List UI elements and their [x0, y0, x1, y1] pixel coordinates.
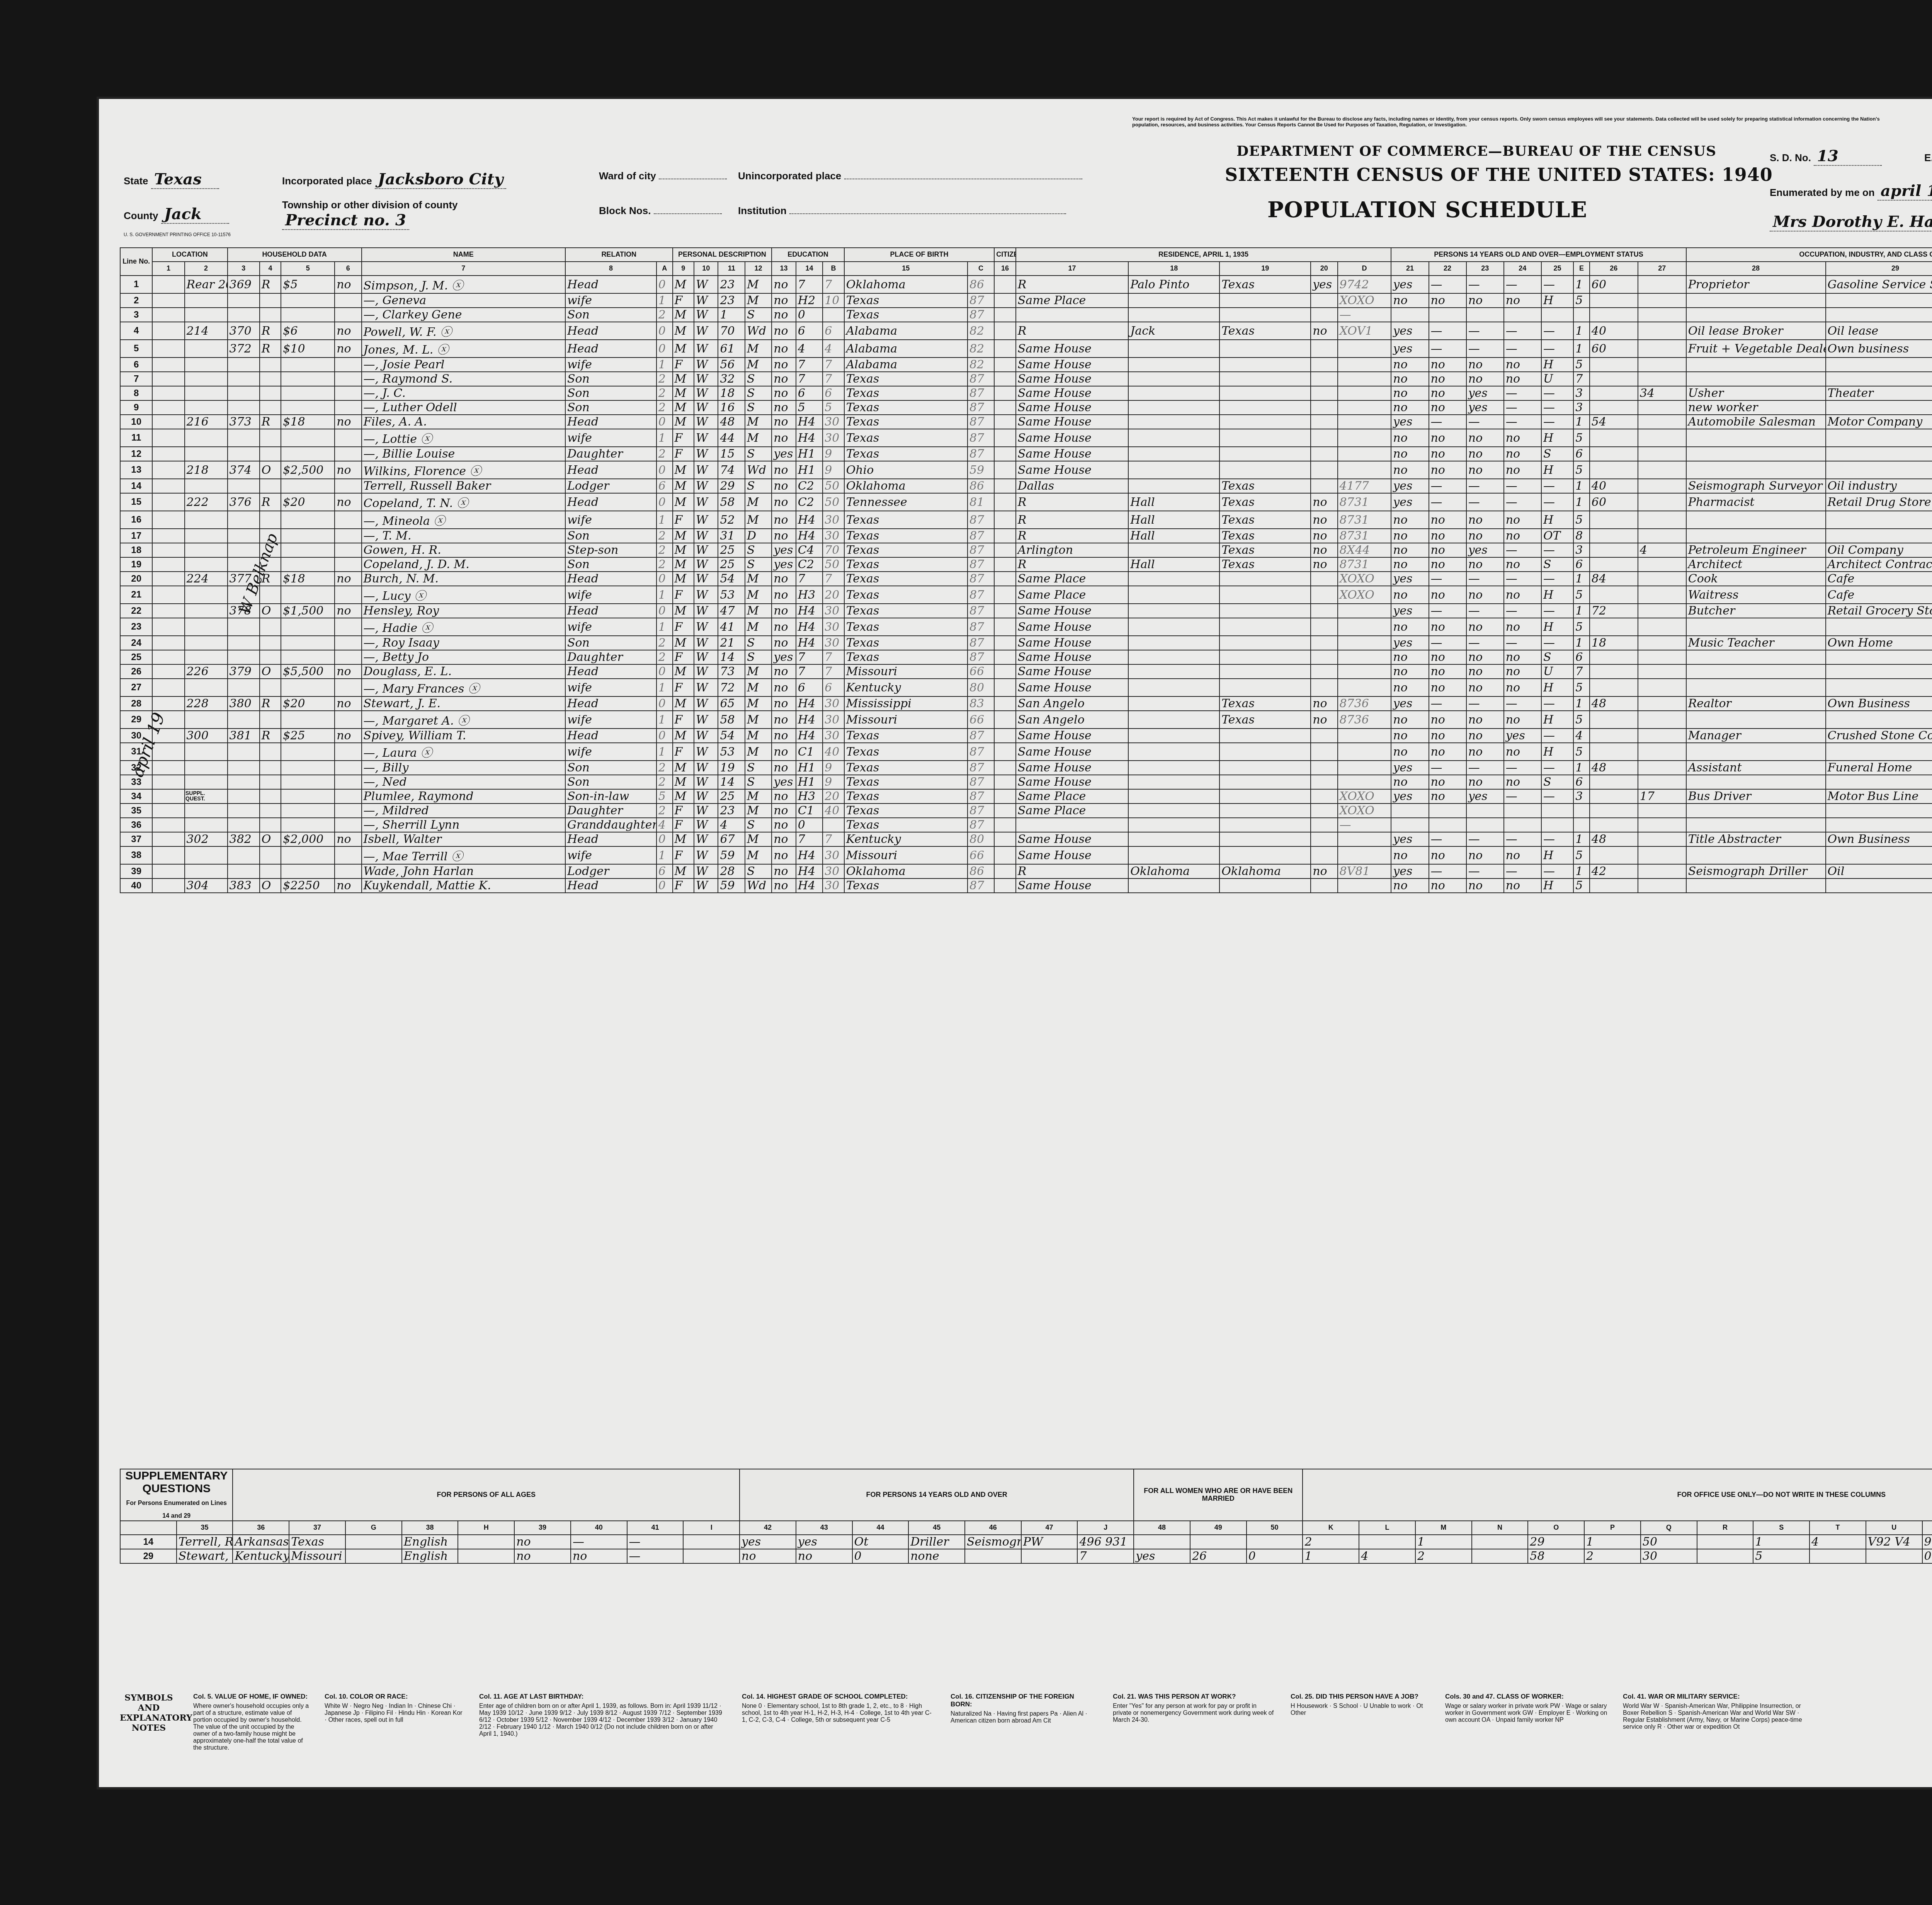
cell-own: [260, 386, 281, 400]
cell-own: R: [260, 276, 281, 293]
cell-age: 74: [718, 461, 745, 479]
cell-farm: [335, 529, 361, 543]
cell-a: 1: [656, 846, 673, 864]
cell-d: [1338, 447, 1391, 461]
note-col16: Col. 16. CITIZENSHIP OF THE FOREIGN BORN…: [951, 1693, 1097, 1782]
column-header: 4: [260, 262, 281, 276]
cell-birth: Texas: [844, 400, 968, 415]
supp-group-office-use: FOR OFFICE USE ONLY—DO NOT WRITE IN THES…: [1303, 1469, 1932, 1521]
cell-name: —, Laura ⓧ: [362, 743, 565, 761]
cell-grade: H4: [796, 636, 823, 650]
cell-city35: Same House: [1016, 636, 1128, 650]
cell-age: 14: [718, 650, 745, 664]
cell-farm: [335, 804, 361, 818]
cell-street: [152, 557, 184, 572]
cell-value: $1,500: [281, 604, 335, 618]
cell-hh: [228, 650, 260, 664]
cell-occ: [1686, 664, 1826, 679]
cell-state35: Oklahoma: [1219, 864, 1311, 878]
cell-own: O: [260, 878, 281, 893]
cell-unemp: [1638, 832, 1686, 846]
cell-cit: [994, 372, 1016, 386]
cell-ind: Own Home: [1826, 636, 1932, 650]
cell-e: 3: [1573, 789, 1590, 804]
supp-col-number: R: [1697, 1521, 1753, 1535]
supp-cell-name: Terrell, Russell Baker: [177, 1535, 233, 1549]
cell-city35: Same House: [1016, 415, 1128, 429]
cell-hrs: [1590, 358, 1638, 372]
table-row: 35—, MildredDaughter2FW23MnoC140Texas87S…: [120, 804, 1932, 818]
cell-name: Spivey, William T.: [362, 729, 565, 743]
cell-house: [185, 761, 228, 775]
cell-city35: Same House: [1016, 743, 1128, 761]
cell-farm: [335, 864, 361, 878]
cell-hrs: [1590, 400, 1638, 415]
sd-label: S. D. No.: [1770, 152, 1811, 163]
cell-farm: no: [335, 276, 361, 293]
cell-occ: Petroleum Engineer: [1686, 543, 1826, 557]
cell-sch: no: [772, 864, 796, 878]
cell-e: 7: [1573, 664, 1590, 679]
line-number: 40: [120, 878, 152, 893]
cell-birth: Texas: [844, 804, 968, 818]
cell-sex: M: [673, 493, 694, 511]
supp-cell-uind: Seismograph Oil work: [965, 1535, 1021, 1549]
cell-occ: Seismograph Driller: [1686, 864, 1826, 878]
cell-hh: [228, 543, 260, 557]
table-row: 9—, Luther OdellSon2MW16Sno55Texas87Same…: [120, 400, 1932, 415]
supp-cell-kids: 0: [1247, 1549, 1303, 1563]
cell-value: $20: [281, 493, 335, 511]
supp-col-number: S: [1753, 1521, 1810, 1535]
cell-c25: —: [1541, 832, 1573, 846]
cell-c: 87: [968, 729, 994, 743]
cell-occ: [1686, 818, 1826, 832]
cell-c: 87: [968, 400, 994, 415]
supp-cell-t: [1810, 1549, 1866, 1563]
supp-col-number: 38: [402, 1521, 458, 1535]
cell-a: 6: [656, 864, 673, 878]
cell-c24: no: [1504, 511, 1541, 529]
supp-cell-ucls: [1021, 1549, 1078, 1563]
cell-state35: [1219, 743, 1311, 761]
cell-rel: Head: [565, 696, 656, 711]
cell-state35: [1219, 400, 1311, 415]
cell-race: W: [694, 664, 718, 679]
cell-c23: —: [1466, 415, 1504, 429]
cell-cit: [994, 846, 1016, 864]
cell-own: [260, 372, 281, 386]
cell-name: —, Mae Terrill ⓧ: [362, 846, 565, 864]
cell-birth: Texas: [844, 604, 968, 618]
cell-birth: Oklahoma: [844, 864, 968, 878]
cell-c25: —: [1541, 636, 1573, 650]
cell-race: W: [694, 679, 718, 696]
cell-house: Rear 204: [185, 276, 228, 293]
cell-c22: —: [1429, 572, 1466, 586]
cell-grade: C1: [796, 743, 823, 761]
cell-street: [152, 429, 184, 447]
cell-c22: no: [1429, 878, 1466, 893]
cell-a: 1: [656, 618, 673, 636]
cell-occ: Music Teacher: [1686, 636, 1826, 650]
cell-state35: [1219, 832, 1311, 846]
cell-occ: [1686, 846, 1826, 864]
cell-sch: no: [772, 340, 796, 358]
cell-value: [281, 358, 335, 372]
cell-mar: M: [745, 832, 772, 846]
cell-occ: Usher: [1686, 386, 1826, 400]
cell-sch: yes: [772, 650, 796, 664]
cell-hh: [228, 818, 260, 832]
cell-e: [1573, 818, 1590, 832]
line-number: 27: [120, 679, 152, 696]
cell-c22: no: [1429, 529, 1466, 543]
cell-c25: S: [1541, 650, 1573, 664]
cell-c24: —: [1504, 604, 1541, 618]
cell-age: 72: [718, 679, 745, 696]
cell-unemp: 4: [1638, 543, 1686, 557]
cell-c22: —: [1429, 479, 1466, 493]
cell-age: 32: [718, 372, 745, 386]
cell-a: 0: [656, 572, 673, 586]
cell-own: [260, 429, 281, 447]
state-label: State: [124, 175, 148, 187]
cell-c23: —: [1466, 604, 1504, 618]
cell-state35: [1219, 604, 1311, 618]
cell-sex: F: [673, 429, 694, 447]
cell-b: 30: [823, 511, 844, 529]
cell-a: 0: [656, 604, 673, 618]
supp-cell-kids: [1247, 1535, 1303, 1549]
cell-rel: Son: [565, 529, 656, 543]
supp-table-row: 14Terrell, Russell BakerArkansasTexasEng…: [120, 1535, 1932, 1549]
cell-c21: yes: [1391, 493, 1429, 511]
cell-hrs: 40: [1590, 479, 1638, 493]
cell-c23: [1466, 804, 1504, 818]
header-right: Your report is required by Act of Congre…: [1236, 116, 1932, 243]
table-row: 31—, Laura ⓧwife1FW53MnoC140Texas87Same …: [120, 743, 1932, 761]
cell-house: [185, 372, 228, 386]
cell-street: [152, 618, 184, 636]
cell-farm: no: [335, 664, 361, 679]
supp-cell-q: 50: [1641, 1535, 1697, 1549]
cell-cit: [994, 293, 1016, 308]
cell-value: [281, 529, 335, 543]
cell-c24: no: [1504, 618, 1541, 636]
cell-hh: 374: [228, 461, 260, 479]
cell-street: [152, 775, 184, 789]
cell-city35: Same House: [1016, 846, 1128, 864]
table-row: 21—, Lucy ⓧwife1FW53MnoH320Texas87Same P…: [120, 586, 1932, 604]
cell-b: 30: [823, 429, 844, 447]
cell-occ: [1686, 743, 1826, 761]
cell-hrs: 40: [1590, 322, 1638, 340]
cell-occ: Realtor: [1686, 696, 1826, 711]
cell-sch: no: [772, 358, 796, 372]
cell-age: 54: [718, 572, 745, 586]
cell-d: [1338, 664, 1391, 679]
cell-c24: no: [1504, 461, 1541, 479]
cell-c23: —: [1466, 322, 1504, 340]
cell-house: [185, 618, 228, 636]
cell-own: O: [260, 604, 281, 618]
cell-c21: yes: [1391, 340, 1429, 358]
notes-title: SYMBOLS AND EXPLANATORY NOTES: [120, 1693, 178, 1782]
cell-house: 302: [185, 832, 228, 846]
cell-birth: Texas: [844, 743, 968, 761]
cell-occ: Cook: [1686, 572, 1826, 586]
cell-age: 59: [718, 878, 745, 893]
cell-county35: Jack: [1128, 322, 1219, 340]
cell-occ: [1686, 461, 1826, 479]
cell-ind: [1826, 511, 1932, 529]
cell-hrs: [1590, 293, 1638, 308]
cell-c: 86: [968, 479, 994, 493]
table-row: 18Gowen, H. R.Step-son2MW25SyesC470Texas…: [120, 543, 1932, 557]
cell-own: [260, 543, 281, 557]
cell-c21: yes: [1391, 479, 1429, 493]
cell-age: 70: [718, 322, 745, 340]
cell-name: Terrell, Russell Baker: [362, 479, 565, 493]
cell-house: [185, 543, 228, 557]
cell-c23: no: [1466, 679, 1504, 696]
cell-a: 2: [656, 386, 673, 400]
cell-hrs: 60: [1590, 340, 1638, 358]
cell-farm35: no: [1311, 543, 1337, 557]
note-col10: Col. 10. COLOR OR RACE:White W · Negro N…: [325, 1693, 464, 1782]
cell-city35: Same House: [1016, 340, 1128, 358]
cell-house: 300: [185, 729, 228, 743]
cell-house: [185, 529, 228, 543]
supp-cell-j: 496 931: [1077, 1535, 1134, 1549]
cell-cit: [994, 818, 1016, 832]
cell-c22: —: [1429, 322, 1466, 340]
cell-d: [1338, 604, 1391, 618]
cell-own: R: [260, 493, 281, 511]
supp-cell-uocc: Driller: [908, 1535, 965, 1549]
cell-c25: U: [1541, 372, 1573, 386]
cell-unemp: [1638, 696, 1686, 711]
cell-hrs: [1590, 775, 1638, 789]
cell-own: [260, 846, 281, 864]
cell-c: 87: [968, 529, 994, 543]
cell-a: 1: [656, 358, 673, 372]
supp-cell-v: 9: [1922, 1535, 1932, 1549]
cell-e: 5: [1573, 429, 1590, 447]
line-number: 28: [120, 696, 152, 711]
cell-c22: no: [1429, 586, 1466, 604]
cell-b: 30: [823, 864, 844, 878]
cell-state35: Texas: [1219, 711, 1311, 729]
cell-unemp: [1638, 878, 1686, 893]
cell-ind: Own Business: [1826, 832, 1932, 846]
cell-c25: H: [1541, 429, 1573, 447]
cell-c25: H: [1541, 878, 1573, 893]
column-header: 21: [1391, 262, 1429, 276]
cell-state35: [1219, 586, 1311, 604]
column-header: 5: [281, 262, 335, 276]
cell-occ: Seismograph Surveyor: [1686, 479, 1826, 493]
cell-farm: no: [335, 415, 361, 429]
cell-city35: Same House: [1016, 679, 1128, 696]
cell-b: [823, 308, 844, 322]
cell-state35: Texas: [1219, 557, 1311, 572]
cell-sch: no: [772, 511, 796, 529]
supp-cell-u: [1866, 1549, 1922, 1563]
cell-e: 5: [1573, 461, 1590, 479]
cell-grade: 5: [796, 400, 823, 415]
cell-farm: no: [335, 729, 361, 743]
cell-mar: M: [745, 679, 772, 696]
cell-name: Simpson, J. M. ⓧ: [362, 276, 565, 293]
cell-c24: —: [1504, 493, 1541, 511]
cell-hrs: [1590, 679, 1638, 696]
cell-cit: [994, 729, 1016, 743]
cell-sch: no: [772, 386, 796, 400]
table-row: 22378O$1,500noHensley, RoyHead0MW47MnoH4…: [120, 604, 1932, 618]
cell-name: Hensley, Roy: [362, 604, 565, 618]
cell-rel: wife: [565, 586, 656, 604]
incorporated-place-value: Jacksboro City: [375, 170, 507, 189]
cell-c22: [1429, 804, 1466, 818]
supp-cell-l: 4: [1359, 1549, 1415, 1563]
table-row: 17—, T. M.Son2MW31DnoH430Texas87RHallTex…: [120, 529, 1932, 543]
supp-cell-agem: 26: [1190, 1549, 1247, 1563]
cell-birth: Texas: [844, 447, 968, 461]
cell-state35: [1219, 650, 1311, 664]
column-header: 26: [1590, 262, 1638, 276]
cell-farm35: [1311, 340, 1337, 358]
cell-c21: no: [1391, 711, 1429, 729]
cell-name: Files, A. A.: [362, 415, 565, 429]
cell-city35: Same House: [1016, 461, 1128, 479]
cell-farm35: [1311, 664, 1337, 679]
cell-c21: no: [1391, 447, 1429, 461]
supp-col-number: 36: [233, 1521, 289, 1535]
cell-e: [1573, 308, 1590, 322]
cell-e: 5: [1573, 358, 1590, 372]
cell-c25: H: [1541, 618, 1573, 636]
line-number: 20: [120, 572, 152, 586]
cell-farm: [335, 447, 361, 461]
cell-value: [281, 447, 335, 461]
cell-c21: no: [1391, 846, 1429, 864]
cell-mar: M: [745, 664, 772, 679]
cell-race: W: [694, 400, 718, 415]
cell-c22: no: [1429, 372, 1466, 386]
line-number: 39: [120, 864, 152, 878]
cell-e: 1: [1573, 276, 1590, 293]
cell-cit: [994, 789, 1016, 804]
cell-farm35: [1311, 618, 1337, 636]
cell-hh: [228, 358, 260, 372]
cell-sex: M: [673, 789, 694, 804]
cell-c22: —: [1429, 415, 1466, 429]
cell-mar: M: [745, 572, 772, 586]
supp-cell-mm: 2: [1415, 1549, 1472, 1563]
line-number: 15: [120, 493, 152, 511]
cell-hrs: [1590, 878, 1638, 893]
cell-c25: H: [1541, 511, 1573, 529]
cell-cit: [994, 679, 1016, 696]
table-row: 6—, Josie Pearlwife1FW56Mno77Alabama82Sa…: [120, 358, 1932, 372]
supp-col-number: J: [1077, 1521, 1134, 1535]
cell-house: 224: [185, 572, 228, 586]
cell-hrs: [1590, 711, 1638, 729]
cell-ind: Retail Drug Store: [1826, 493, 1932, 511]
cell-name: Stewart, J. E.: [362, 696, 565, 711]
cell-mar: Wd: [745, 322, 772, 340]
cell-e: 1: [1573, 604, 1590, 618]
cell-c25: H: [1541, 461, 1573, 479]
cell-c24: no: [1504, 775, 1541, 789]
cell-state35: [1219, 415, 1311, 429]
enumerated-date: april 18: [1878, 182, 1932, 201]
cell-house: [185, 386, 228, 400]
cell-rel: Head: [565, 572, 656, 586]
cell-c22: no: [1429, 358, 1466, 372]
cell-c25: —: [1541, 415, 1573, 429]
cell-c: 87: [968, 511, 994, 529]
cell-name: Powell, W. F. ⓧ: [362, 322, 565, 340]
cell-c24: yes: [1504, 729, 1541, 743]
cell-grade: H2: [796, 293, 823, 308]
cell-mar: Wd: [745, 461, 772, 479]
cell-age: 31: [718, 529, 745, 543]
cell-ind: Oil industry: [1826, 479, 1932, 493]
cell-cit: [994, 276, 1016, 293]
cell-c23: no: [1466, 372, 1504, 386]
cell-unemp: [1638, 650, 1686, 664]
cell-race: W: [694, 878, 718, 893]
cell-a: 0: [656, 832, 673, 846]
cell-county35: [1128, 293, 1219, 308]
cell-grade: C2: [796, 493, 823, 511]
cell-house: [185, 511, 228, 529]
cell-a: 0: [656, 729, 673, 743]
cell-age: 59: [718, 846, 745, 864]
supp-col-number: M: [1415, 1521, 1472, 1535]
group-education: EDUCATION: [772, 248, 844, 262]
cell-d: [1338, 358, 1391, 372]
cell-cit: [994, 479, 1016, 493]
cell-value: $18: [281, 415, 335, 429]
enumerator-name: Mrs Dorothy E. Ham: [1770, 213, 1932, 232]
cell-age: 25: [718, 543, 745, 557]
supp-cell-n: [1472, 1535, 1528, 1549]
cell-name: Gowen, H. R.: [362, 543, 565, 557]
cell-mar: M: [745, 586, 772, 604]
cell-sex: M: [673, 308, 694, 322]
cell-c25: —: [1541, 696, 1573, 711]
cell-hh: [228, 804, 260, 818]
cell-c22: no: [1429, 386, 1466, 400]
cell-b: 7: [823, 276, 844, 293]
cell-state35: [1219, 775, 1311, 789]
table-row: 26226379O$5,500noDouglass, E. L.Head0MW7…: [120, 664, 1932, 679]
cell-city35: Same House: [1016, 664, 1128, 679]
cell-b: 30: [823, 618, 844, 636]
cell-hh: 380: [228, 696, 260, 711]
cell-e: 5: [1573, 618, 1590, 636]
cell-value: [281, 586, 335, 604]
cell-city35: Same House: [1016, 832, 1128, 846]
cell-sex: F: [673, 818, 694, 832]
cell-cit: [994, 358, 1016, 372]
cell-street: [152, 878, 184, 893]
cell-c24: —: [1504, 340, 1541, 358]
